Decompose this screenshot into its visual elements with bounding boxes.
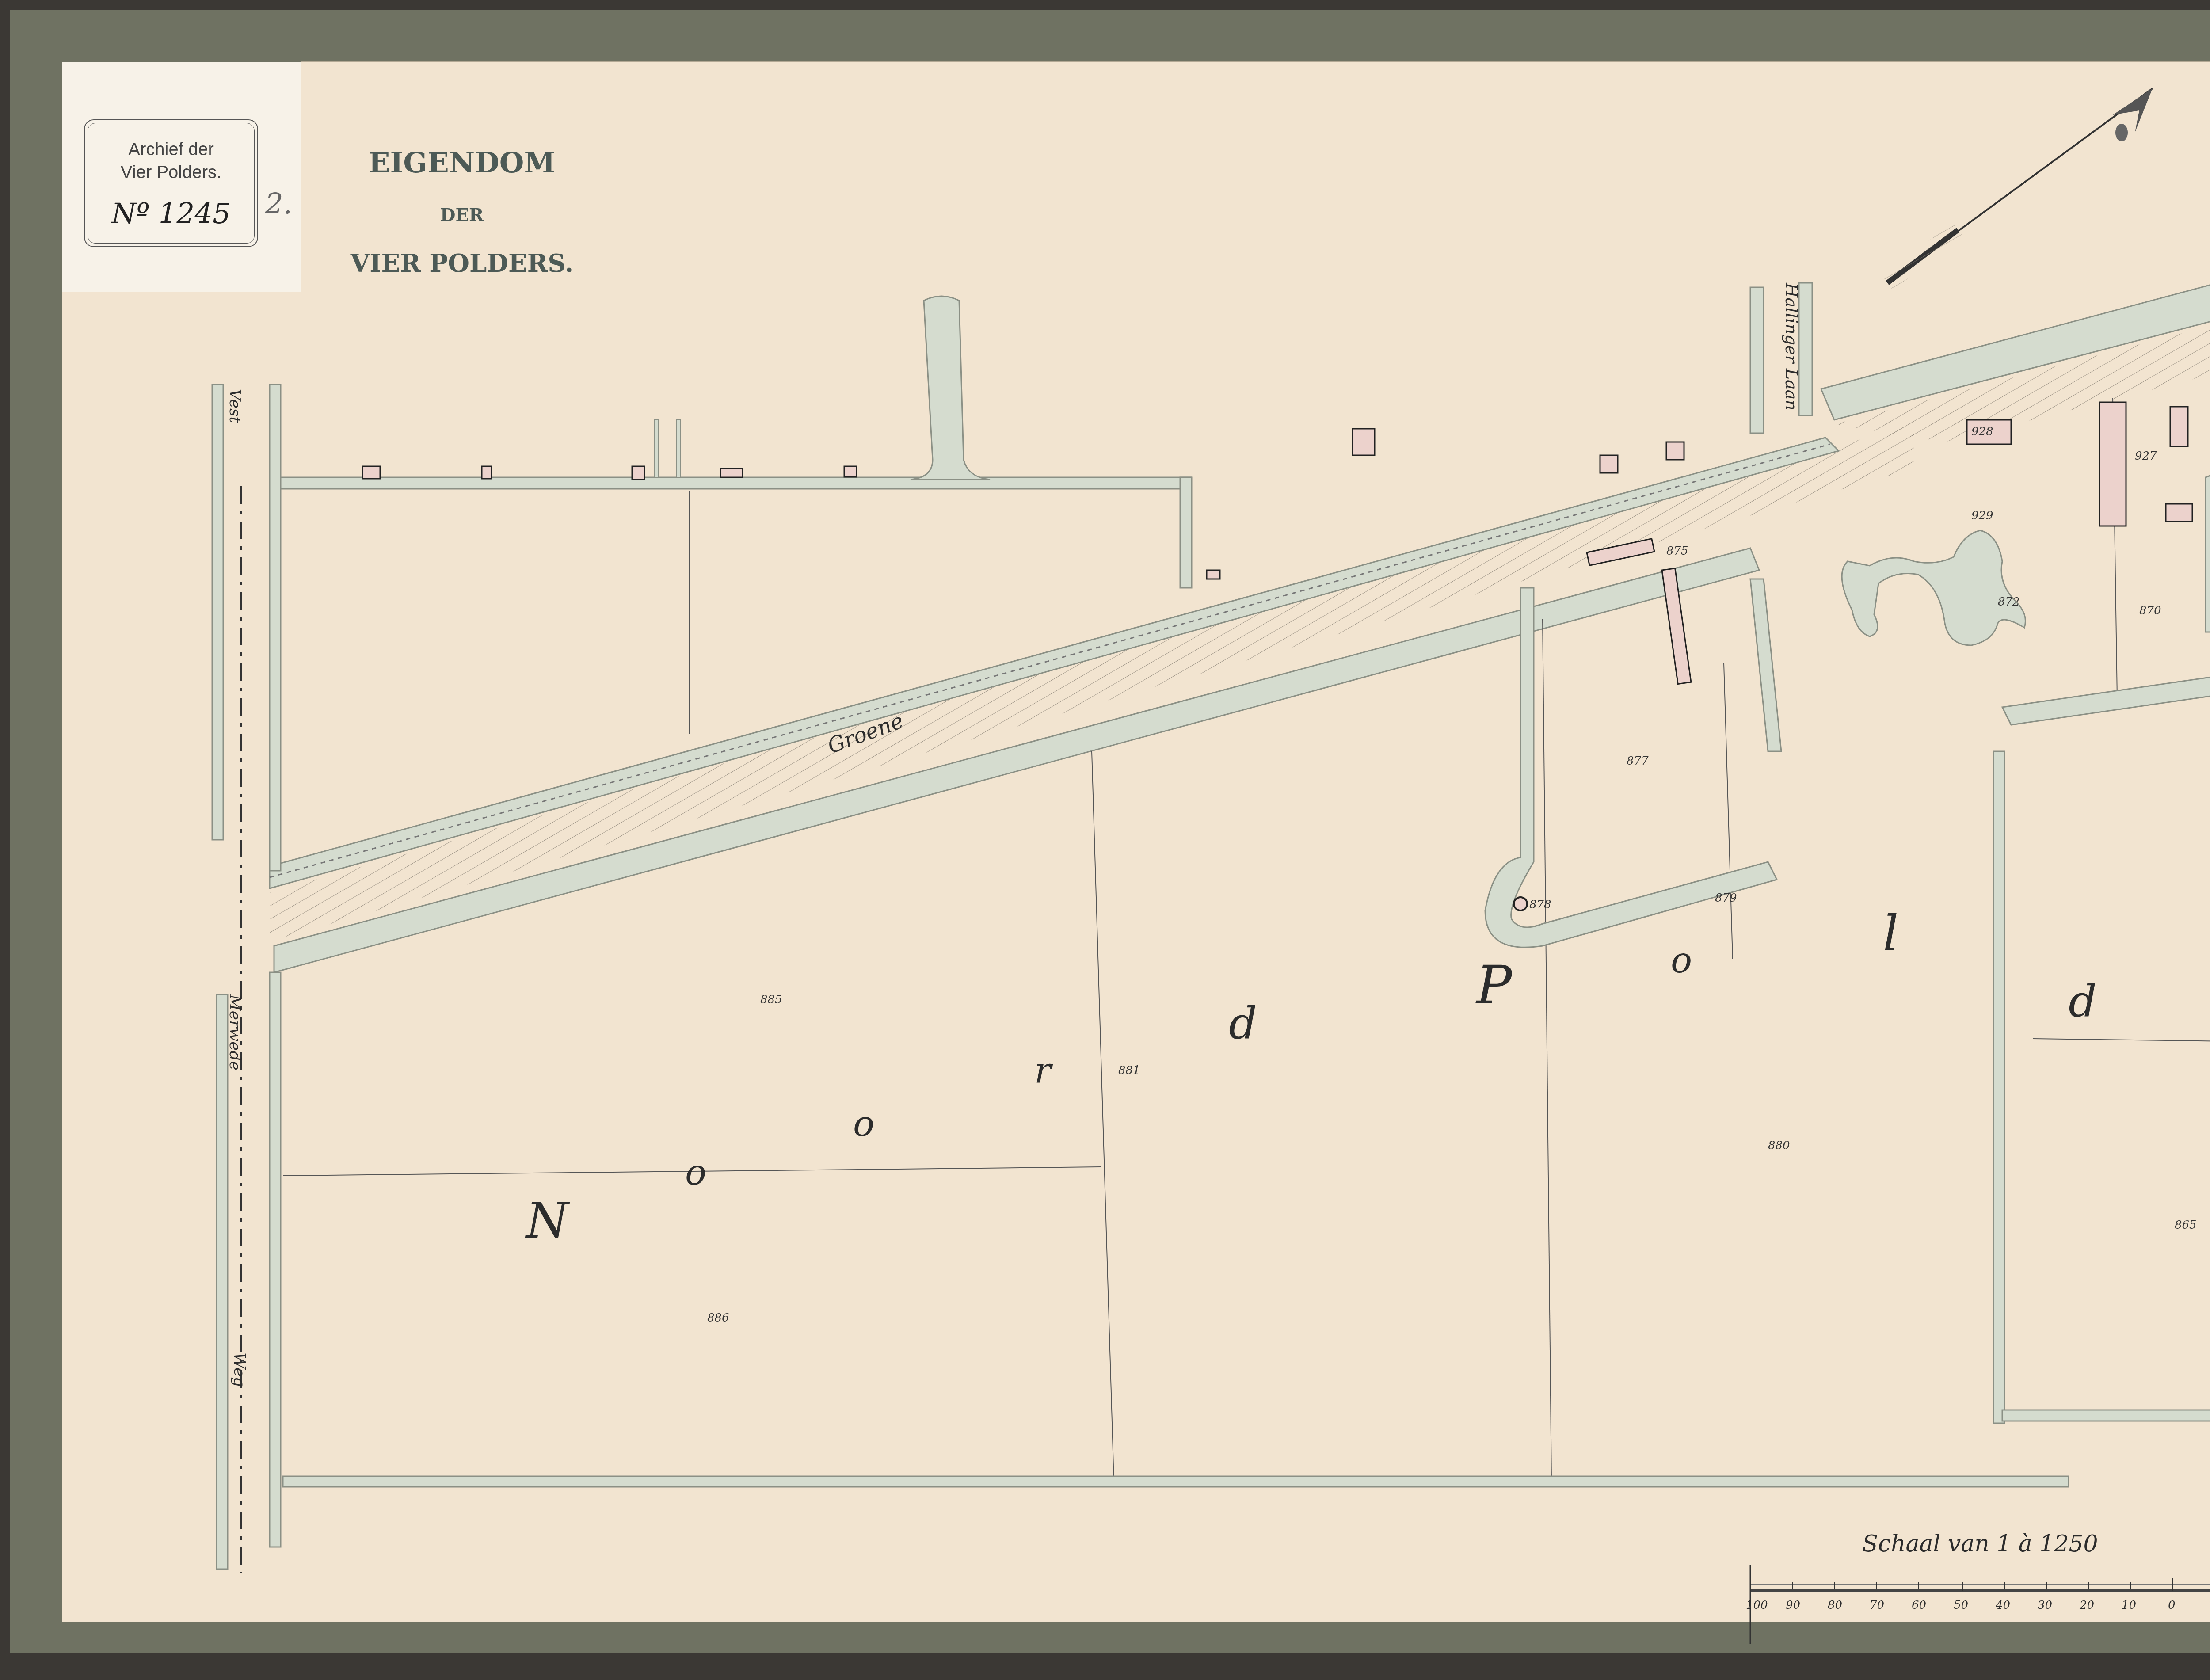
svg-text:885: 885 [760, 993, 782, 1006]
svg-text:DER: DER [440, 205, 484, 225]
svg-text:90: 90 [1786, 1599, 1800, 1612]
svg-text:100: 100 [1746, 1599, 1768, 1612]
paper-top-edge [301, 27, 2210, 62]
svg-text:881: 881 [1118, 1064, 1140, 1077]
svg-text:865: 865 [2175, 1219, 2197, 1232]
svg-text:d: d [2069, 975, 2097, 1027]
svg-text:N: N [525, 1192, 570, 1249]
parcel-boundaries [283, 398, 2210, 1481]
svg-text:880: 880 [1768, 1139, 1790, 1152]
svg-text:0: 0 [2168, 1599, 2176, 1612]
svg-text:50: 50 [1954, 1599, 1968, 1612]
ownership-stamp-left: EIGENDOM DER VIER POLDERS. [350, 146, 573, 278]
svg-text:o: o [1671, 940, 1692, 981]
scale-bar: Schaal van 1 à 1250 100 90 80 70 60 50 4… [1746, 1531, 2210, 1644]
svg-text:878: 878 [1529, 898, 1551, 911]
archive-label: Archief der Vier Polders. Nº 1245 2. [62, 62, 301, 292]
svg-text:879: 879 [1715, 891, 1737, 905]
svg-text:d: d [1229, 998, 1257, 1049]
archive-label-title: Archief der Vier Polders. [85, 138, 257, 184]
svg-text:928: 928 [1971, 425, 1993, 438]
street-label-weg: Weg [230, 1352, 248, 1387]
svg-text:l: l [1883, 905, 1898, 962]
svg-text:877: 877 [1627, 754, 1649, 768]
svg-text:o: o [685, 1152, 706, 1193]
svg-text:Schaal van 1 à 1250: Schaal van 1 à 1250 [1862, 1531, 2098, 1557]
street-label-vest: Vest [226, 389, 244, 423]
pond-872 [1842, 530, 2025, 645]
svg-text:80: 80 [1828, 1599, 1842, 1612]
svg-text:875: 875 [1666, 545, 1688, 558]
svg-text:EIGENDOM: EIGENDOM [369, 146, 556, 179]
svg-text:60: 60 [1912, 1599, 1926, 1612]
archive-label-box: Archief der Vier Polders. Nº 1245 [84, 119, 258, 247]
svg-text:10: 10 [2122, 1599, 2136, 1612]
svg-text:927: 927 [2135, 450, 2157, 463]
svg-text:o: o [853, 1103, 874, 1144]
svg-text:VIER POLDERS.: VIER POLDERS. [350, 249, 573, 278]
svg-text:70: 70 [1870, 1599, 1884, 1612]
svg-text:20: 20 [2079, 1599, 2094, 1612]
svg-text:929: 929 [1971, 509, 1993, 522]
polder-name: N o o r d P o l d e r [525, 905, 2210, 1249]
svg-text:P: P [1475, 955, 1513, 1016]
archive-number: Nº 1245 [85, 198, 257, 230]
svg-text:40: 40 [1995, 1599, 2010, 1612]
svg-text:870: 870 [2139, 604, 2161, 617]
street-label-hallinger-laan: Hallinger Laan [1782, 282, 1801, 411]
street-label-merwede: Merwede [226, 994, 244, 1070]
svg-text:r: r [1034, 1050, 1053, 1091]
svg-text:886: 886 [707, 1311, 729, 1325]
north-arrow-icon [1887, 88, 2153, 283]
archive-number-suffix: 2. [265, 188, 292, 221]
svg-text:872: 872 [1998, 595, 2020, 609]
svg-text:30: 30 [2038, 1599, 2052, 1612]
left-ditches [212, 385, 281, 1573]
cadastral-map: EIGENDOM DER VIER POLDERS. EIGENDOM DER … [0, 0, 2210, 1680]
